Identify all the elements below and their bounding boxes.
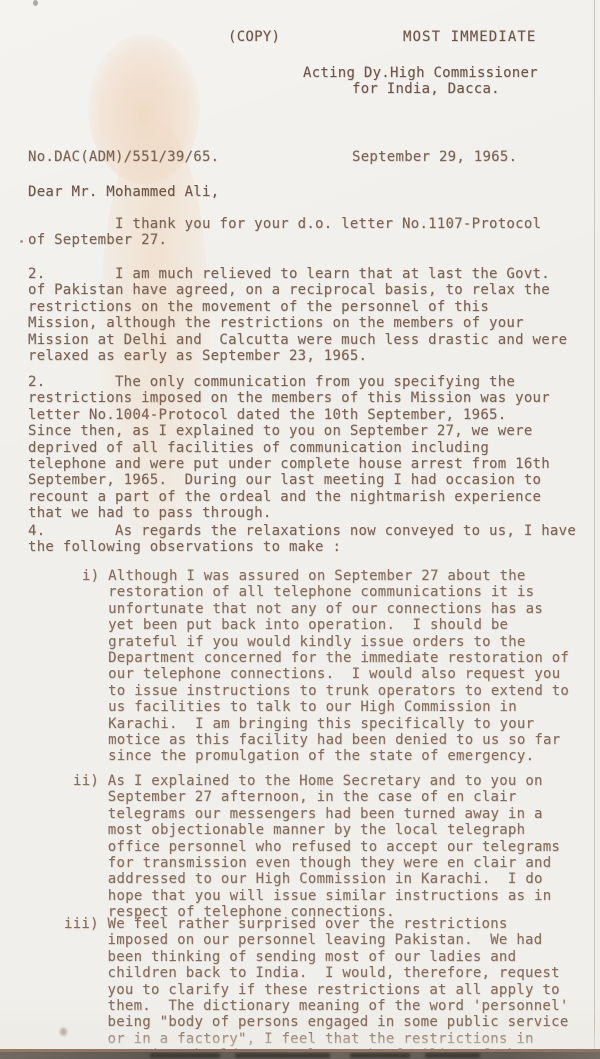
copy-label: (COPY) bbox=[228, 29, 280, 45]
letterhead-location: for India, Dacca. bbox=[352, 81, 500, 97]
list-item-i: i) Although I was assured on September 2… bbox=[82, 568, 569, 765]
dust-speck bbox=[33, 0, 38, 6]
salutation: Dear Mr. Mohammed Ali, bbox=[28, 184, 219, 200]
paragraph-1: I thank you for your d.o. letter No.1107… bbox=[28, 216, 541, 249]
list-item-ii: ii) As I explained to the Home Secretary… bbox=[73, 773, 560, 921]
cutoff-text-blur bbox=[235, 1053, 330, 1058]
letter-date: September 29, 1965. bbox=[352, 149, 517, 165]
stray-ink-dot bbox=[20, 240, 23, 243]
paragraph-3: 2. The only communication from you speci… bbox=[28, 374, 550, 522]
paragraph-2: 2. I am much relieved to learn that at l… bbox=[28, 266, 567, 364]
reference-number: No.DAC(ADM)/551/39/65. bbox=[28, 149, 219, 165]
scanned-letter-page: (COPY) MOST IMMEDIATE Acting Dy.High Com… bbox=[0, 0, 600, 1059]
letterhead-office: Acting Dy.High Commissioner bbox=[303, 65, 538, 81]
paragraph-4: 4. As regards the relaxations now convey… bbox=[28, 523, 576, 556]
paper-edge-line bbox=[594, 0, 596, 1059]
priority-label: MOST IMMEDIATE bbox=[403, 29, 536, 45]
cutoff-text-blur bbox=[150, 1053, 220, 1058]
cutoff-text-blur bbox=[425, 1053, 480, 1058]
cutoff-text-blur bbox=[350, 1053, 410, 1058]
list-item-iii: iii) We feel rather surprised over the r… bbox=[64, 916, 569, 1059]
scan-edge-band bbox=[0, 1052, 600, 1059]
